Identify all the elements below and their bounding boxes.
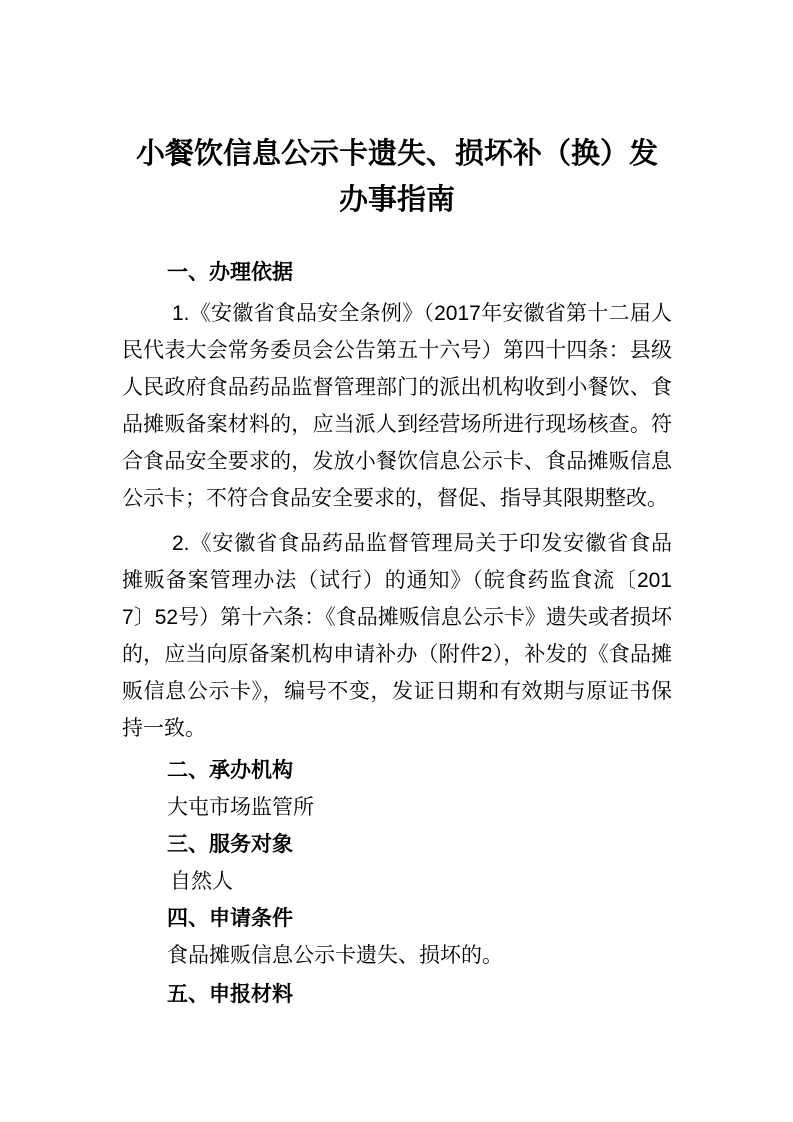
section-heading-application-materials: 五、申报材料: [122, 976, 672, 1013]
undertaking-agency-value: 大屯市场监管所: [122, 789, 672, 826]
document-title: 小餐饮信息公示卡遗失、损坏补（换）发办事指南: [122, 131, 672, 223]
section-heading-undertaking-agency: 二、承办机构: [122, 752, 672, 789]
section-heading-application-conditions: 四、申请条件: [122, 900, 672, 937]
document-page: 小餐饮信息公示卡遗失、损坏补（换）发办事指南 一、办理依据 1.《安徽省食品安全…: [0, 0, 793, 1122]
application-conditions-value: 食品摊贩信息公示卡遗失、损坏的。: [122, 937, 672, 974]
service-target-value: 自然人: [122, 863, 672, 900]
section-heading-handling-basis: 一、办理依据: [122, 254, 672, 291]
legal-basis-paragraph-2: 2.《安徽省食品药品监督管理局关于印发安徽省食品摊贩备案管理办法（试行）的通知》…: [122, 525, 672, 747]
legal-basis-paragraph-1: 1.《安徽省食品安全条例》（2017年安徽省第十二届人民代表大会常务委员会公告第…: [122, 295, 672, 517]
section-heading-service-target: 三、服务对象: [122, 826, 672, 863]
